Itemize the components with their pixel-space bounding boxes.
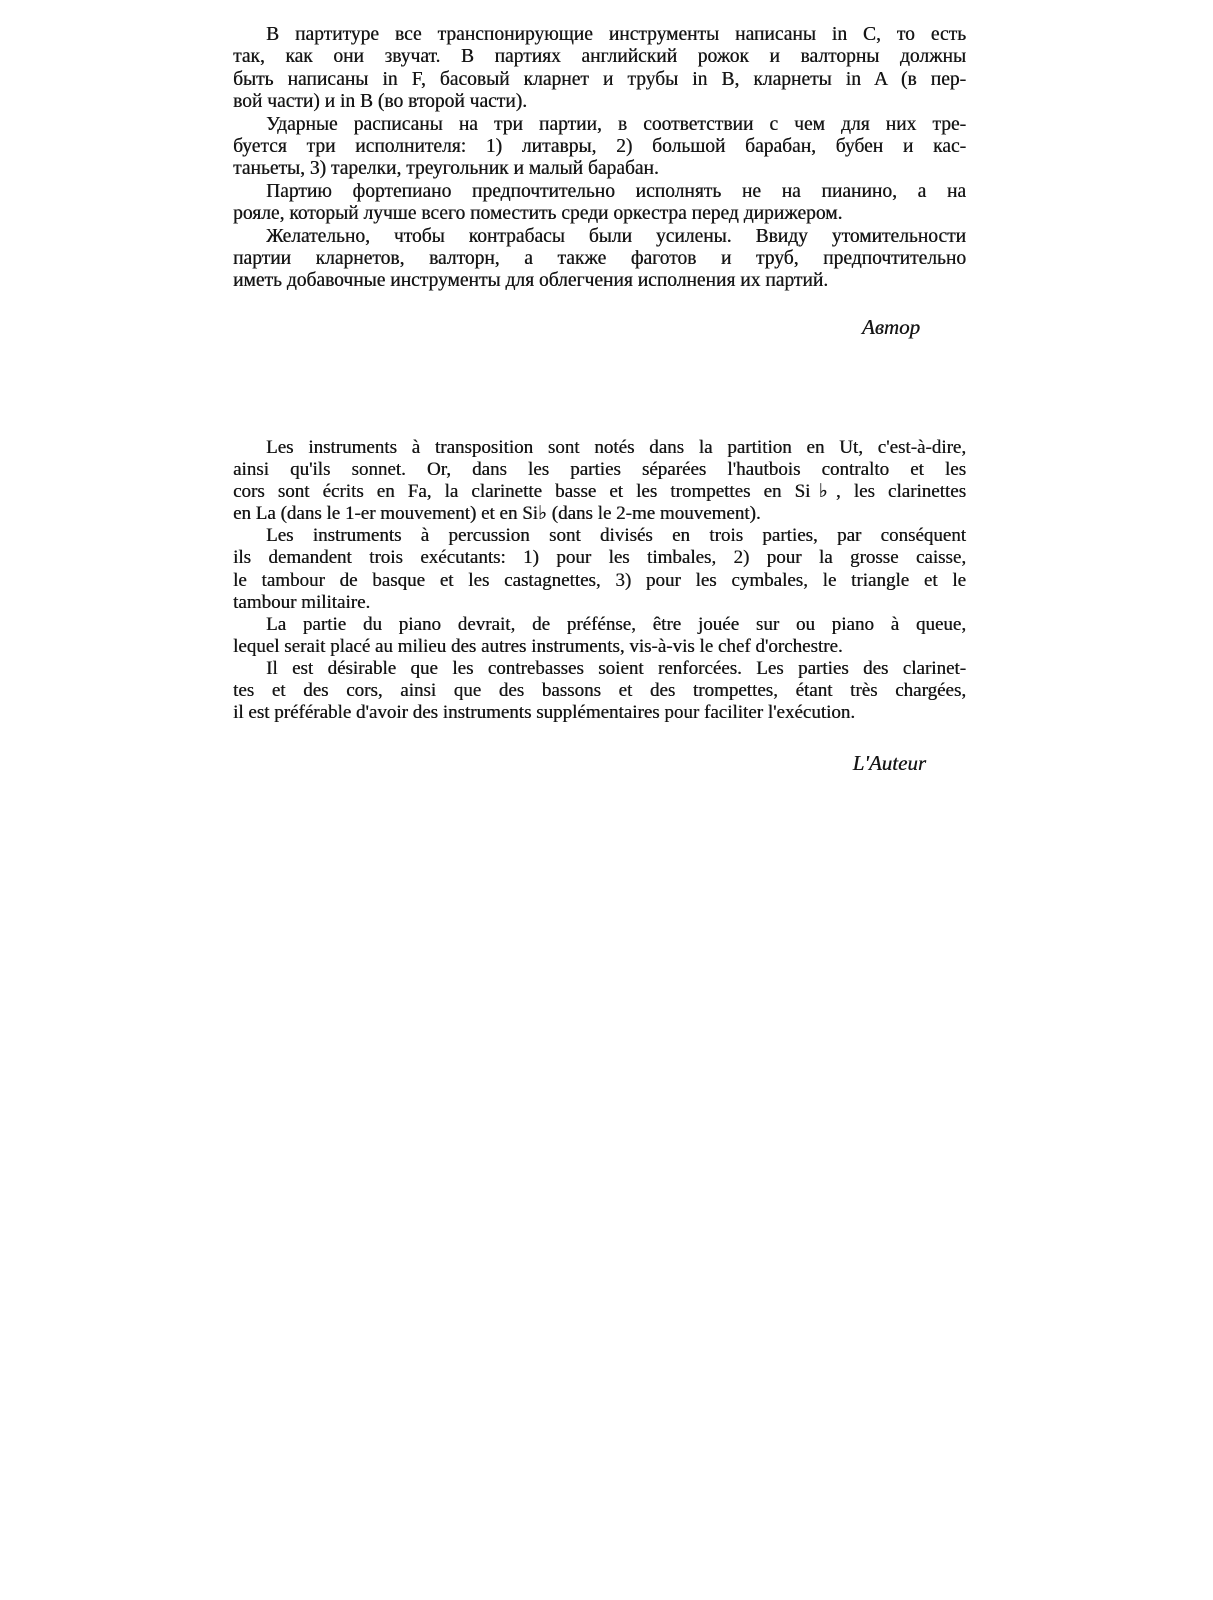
text-line: Ударные расписаны на три партии, в соотв… (233, 114, 966, 136)
paragraph: Ударные расписаны на три партии, в соотв… (233, 114, 966, 181)
text-line: tes et des cors, ainsi que des bassons e… (233, 680, 966, 702)
text-line: le tambour de basque et les castagnettes… (233, 570, 966, 592)
paragraph: Il est désirable que les contrebasses so… (233, 658, 966, 724)
author-signature-french: L'Auteur (233, 751, 966, 775)
text-line: tambour militaire. (233, 592, 966, 614)
text-line: буется три исполнителя: 1) литавры, 2) б… (233, 136, 966, 158)
text-line: ils demandent trois exécutants: 1) pour … (233, 547, 966, 569)
russian-preface-section: В партитуре все транспонирующие инструме… (233, 24, 966, 293)
text-line: Il est désirable que les contrebasses so… (233, 658, 966, 680)
text-line: Желательно, чтобы контрабасы были усилен… (233, 226, 966, 248)
author-signature-russian: Автор (233, 315, 966, 339)
paragraph: Желательно, чтобы контрабасы были усилен… (233, 226, 966, 293)
text-line: Партию фортепиано предпочтительно исполн… (233, 181, 966, 203)
text-line: Les instruments à transposition sont not… (233, 437, 966, 459)
text-line: Les instruments à percussion sont divisé… (233, 525, 966, 547)
text-line: La partie du piano devrait, de préfénse,… (233, 614, 966, 636)
text-line: В партитуре все транспонирующие инструме… (233, 24, 966, 46)
text-line: ainsi qu'ils sonnet. Or, dans les partie… (233, 459, 966, 481)
text-line: иметь добавочные инструменты для облегче… (233, 270, 966, 292)
text-line: партии кларнетов, валторн, а также фагот… (233, 248, 966, 270)
text-line: рояле, который лучше всего поместить сре… (233, 203, 966, 225)
paragraph: Les instruments à percussion sont divisé… (233, 525, 966, 613)
text-line: так, как они звучат. В партиях английски… (233, 46, 966, 68)
text-line: таньеты, 3) тарелки, треугольник и малый… (233, 158, 966, 180)
text-line: cors sont écrits en Fa, la clarinette ba… (233, 481, 966, 503)
text-line: il est préférable d'avoir des instrument… (233, 702, 966, 724)
text-line: быть написаны in F, басовый кларнет и тр… (233, 69, 966, 91)
french-preface-section: Les instruments à transposition sont not… (233, 437, 966, 724)
paragraph: Les instruments à transposition sont not… (233, 437, 966, 525)
text-line: lequel serait placé au milieu des autres… (233, 636, 966, 658)
scanned-score-preface-page: В партитуре все транспонирующие инструме… (0, 0, 1213, 1600)
text-line: вой части) и in B (во второй части). (233, 91, 966, 113)
paragraph: В партитуре все транспонирующие инструме… (233, 24, 966, 114)
paragraph: La partie du piano devrait, de préfénse,… (233, 614, 966, 658)
paragraph: Партию фортепиано предпочтительно исполн… (233, 181, 966, 226)
text-line: en La (dans le 1-er mouvement) et en Si♭… (233, 503, 966, 525)
